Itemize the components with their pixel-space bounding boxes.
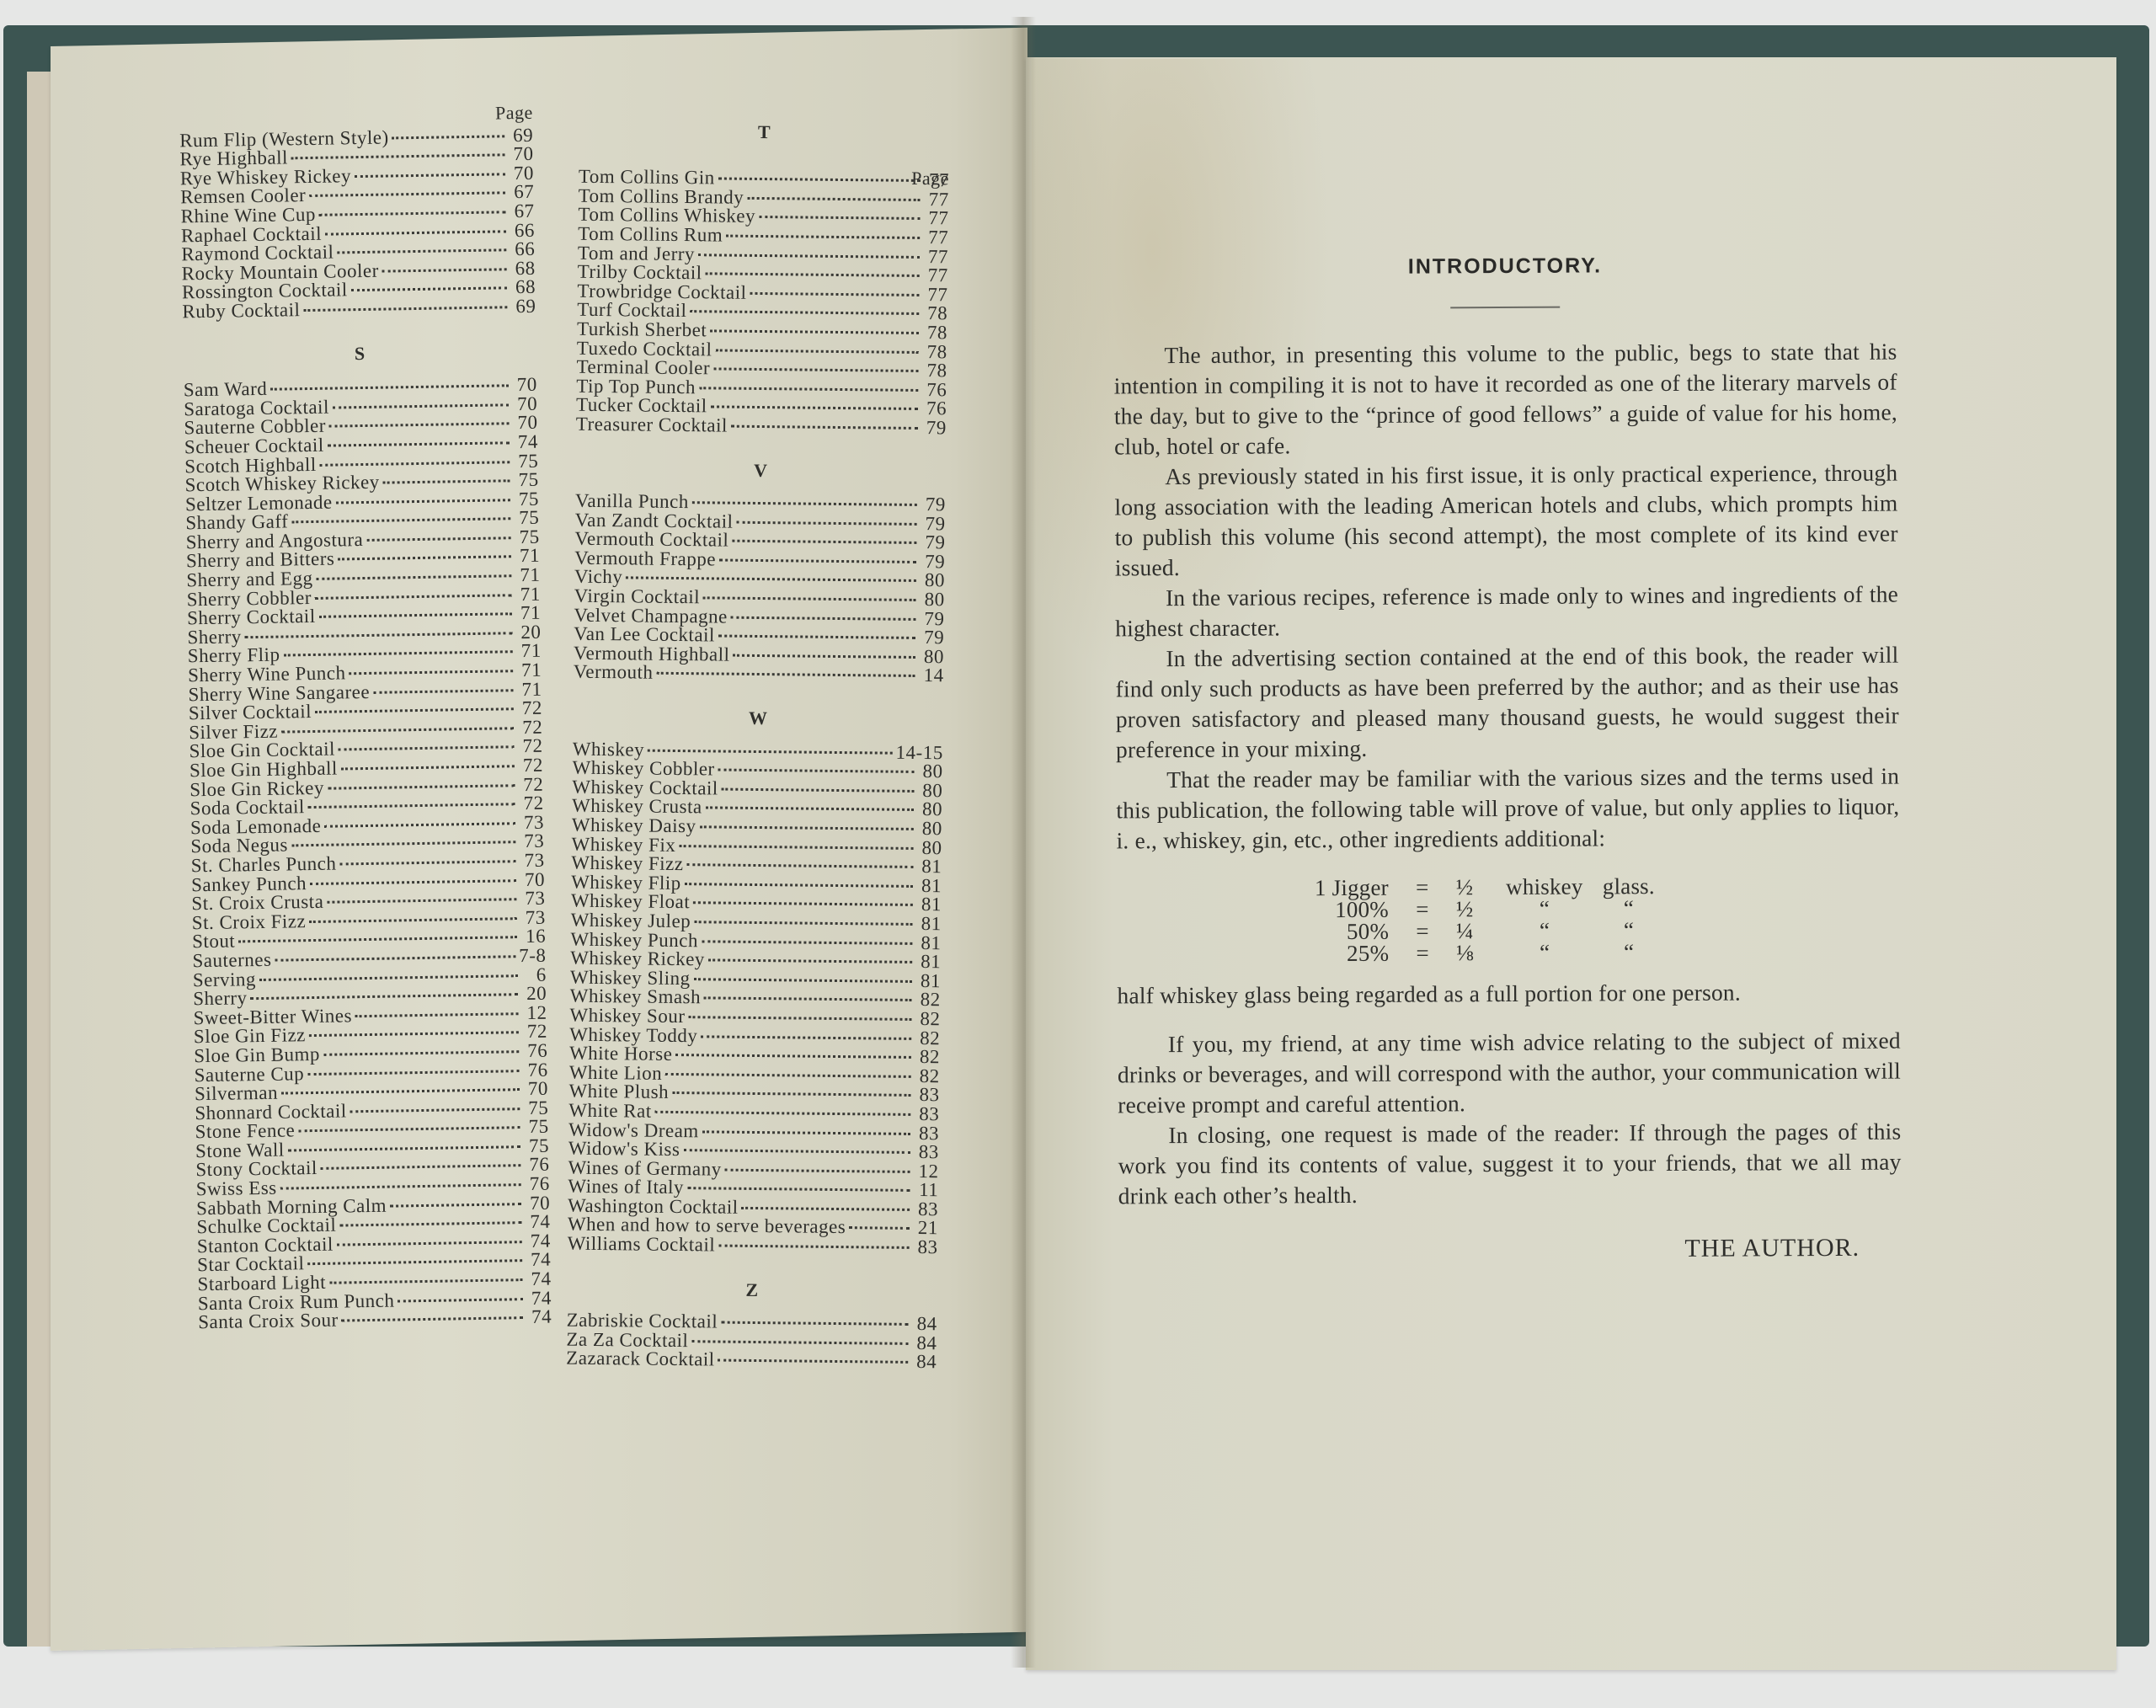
entry-page-number: 81	[915, 953, 941, 972]
entry-page-number: 80	[916, 839, 942, 858]
paragraph-4: In the advertising section contained at …	[1115, 640, 1899, 766]
measure-equals: =	[1389, 876, 1456, 898]
dot-leader	[280, 1183, 521, 1189]
index-column-2-entries: TPageTom Collins Gin77Tom Collins Brandy…	[566, 121, 949, 1373]
entry-name: Treasurer Cocktail	[576, 415, 728, 435]
index-letter-heading: W	[573, 707, 943, 730]
dot-leader	[309, 1032, 519, 1038]
measure-fraction: ½	[1456, 876, 1502, 898]
entry-page-number: 67	[509, 202, 534, 222]
dot-leader	[686, 863, 913, 868]
entry-page-number: 71	[515, 566, 540, 585]
index-column-1-entries: Rum Flip (Western Style)69Rye Highball70…	[179, 125, 552, 1332]
entry-page-number: 77	[924, 190, 949, 210]
measure-fraction: ¼	[1456, 920, 1502, 942]
dot-leader	[693, 902, 913, 907]
dot-leader	[281, 727, 514, 733]
entry-page-number: 81	[916, 915, 942, 934]
entry-page-number: 68	[510, 278, 536, 297]
entry-page-number: 70	[512, 394, 537, 414]
dot-leader	[688, 1016, 911, 1021]
book-gutter	[1011, 17, 1036, 1668]
dot-leader	[245, 632, 513, 638]
dot-leader	[703, 596, 916, 601]
dot-leader	[325, 230, 506, 235]
entry-page-number: 80	[917, 819, 942, 839]
entry-page-number: 70	[520, 870, 545, 889]
dot-leader	[725, 1168, 910, 1172]
dot-leader	[291, 841, 515, 847]
dot-leader	[698, 254, 920, 259]
dot-leader	[711, 406, 919, 411]
dot-leader	[398, 1298, 523, 1302]
dot-leader	[742, 1207, 910, 1211]
entry-page-number: 70	[508, 145, 533, 164]
entry-page-number: 74	[525, 1213, 550, 1232]
dot-leader	[694, 921, 912, 926]
dot-leader	[706, 272, 920, 277]
entry-page-number: 71	[515, 584, 541, 604]
dot-leader	[683, 1149, 910, 1154]
entry-page-number: 20	[521, 985, 547, 1004]
dot-leader	[687, 1187, 910, 1192]
entry-page-number: 12	[521, 1003, 547, 1022]
measure-unit2: “	[1587, 897, 1671, 920]
entry-page-number: 71	[516, 680, 542, 699]
entry-page-number: 77	[923, 228, 948, 248]
entry-page-number: 84	[912, 1315, 937, 1334]
entry-name: St. Croix Fizz	[192, 912, 307, 933]
entry-page-number: 72	[517, 737, 542, 756]
entry-page-number: 81	[915, 972, 941, 991]
dot-leader	[303, 306, 507, 312]
entry-page-number: 84	[911, 1353, 937, 1372]
entry-page-number: 75	[513, 471, 538, 490]
index-letter-heading: V	[575, 459, 946, 482]
dot-leader	[373, 689, 513, 694]
dot-leader	[259, 974, 518, 981]
measures-table: 1 Jigger = ½ whiskey glass. 100% = ½ “ “…	[1309, 874, 1901, 965]
entry-page-number: 74	[513, 433, 538, 452]
dot-leader	[350, 1108, 520, 1113]
entry-page-number: 76	[921, 381, 947, 400]
dot-leader	[736, 520, 916, 525]
dot-leader	[718, 769, 915, 773]
dot-leader	[390, 1203, 521, 1207]
entry-page-number: 80	[920, 571, 945, 590]
entry-page-number: 70	[523, 1080, 548, 1099]
dot-leader	[691, 1340, 908, 1345]
entry-page-number: 70	[525, 1193, 550, 1213]
entry-page-number: 80	[917, 762, 942, 782]
index-entry: Williams Cocktail83	[568, 1235, 938, 1257]
entry-page-number: 7-8	[519, 947, 547, 966]
entry-page-number: 78	[922, 304, 947, 323]
measure-term: 1 Jigger	[1309, 877, 1389, 899]
entry-page-number: 72	[518, 756, 543, 776]
dot-leader	[308, 803, 515, 809]
entry-page-number: 77	[923, 266, 948, 286]
entry-page-number: 66	[510, 240, 535, 259]
entry-page-number: 79	[919, 628, 944, 648]
measure-term: 100%	[1309, 899, 1389, 921]
entry-page-number: 83	[914, 1143, 939, 1162]
dot-leader	[310, 879, 516, 885]
entry-page-number: 72	[517, 718, 542, 738]
entry-page-number: 6	[521, 965, 547, 985]
entry-page-number: 72	[518, 794, 543, 814]
index-entry: Ruby Cocktail69	[182, 297, 536, 322]
entry-page-number: 11	[913, 1181, 938, 1200]
dot-leader	[382, 268, 507, 272]
entry-page-number: 82	[915, 1010, 940, 1029]
dot-leader	[694, 978, 912, 983]
entry-page-number: 76	[524, 1156, 549, 1175]
dot-leader	[704, 997, 912, 1002]
entry-page-number: 75	[514, 528, 539, 547]
dot-leader	[337, 1241, 522, 1246]
entry-page-number: 75	[523, 1118, 548, 1137]
dot-leader	[329, 1278, 523, 1284]
entry-page-number: 73	[520, 889, 545, 909]
measure-equals: =	[1389, 942, 1456, 963]
entry-page-number: 81	[916, 857, 942, 877]
dot-leader	[715, 349, 918, 354]
index-entry: Zazarack Cocktail84	[566, 1349, 937, 1372]
dot-leader	[718, 635, 915, 639]
entry-page-number: 12	[913, 1162, 938, 1182]
paragraph-2: As previously stated in his first issue,…	[1114, 458, 1898, 584]
entry-page-number: 73	[519, 813, 544, 832]
index-letter-heading: T	[579, 121, 949, 144]
measure-fraction: ½	[1456, 898, 1502, 920]
measures-row: 25% = ⅛ “ “	[1309, 940, 1900, 965]
dot-leader	[319, 211, 506, 216]
dot-leader	[699, 825, 913, 830]
entry-page-number: 83	[913, 1238, 938, 1257]
entry-page-number: 79	[921, 515, 946, 534]
measure-unit: “	[1502, 898, 1587, 921]
entry-page-number: 80	[917, 782, 942, 801]
dot-leader	[679, 845, 913, 850]
dot-leader	[731, 425, 918, 430]
dot-leader	[351, 287, 507, 292]
dot-leader	[309, 917, 517, 923]
entry-name: Sherry Cocktail	[187, 607, 316, 628]
entry-page-number: 75	[514, 509, 539, 528]
paragraph-5: That the reader may be familiar with the…	[1116, 761, 1900, 857]
index-entry: Treasurer Cocktail79	[576, 415, 947, 438]
dot-leader	[750, 292, 919, 296]
dot-leader	[337, 248, 506, 254]
entry-page-number: 14-15	[895, 743, 942, 762]
entry-page-number: 81	[916, 877, 942, 896]
dot-leader	[685, 883, 913, 888]
dot-leader	[718, 1245, 909, 1249]
dot-leader	[336, 499, 510, 504]
dot-leader	[341, 765, 515, 770]
dot-leader	[339, 860, 515, 865]
dot-leader	[626, 577, 916, 583]
entry-page-number: 79	[919, 610, 944, 629]
dot-leader	[319, 613, 513, 619]
entry-name: White Rat	[568, 1102, 652, 1122]
dot-leader	[383, 479, 510, 483]
index-column-1: Page Rum Flip (Western Style)69Rye Highb…	[179, 104, 552, 1332]
entry-page-number: 83	[914, 1124, 939, 1143]
dot-leader	[648, 749, 893, 754]
entry-page-number: 74	[526, 1270, 551, 1289]
dot-leader	[692, 501, 917, 506]
measure-equals: =	[1389, 898, 1456, 920]
dot-leader	[699, 387, 918, 392]
entry-page-number: 78	[922, 343, 947, 362]
dot-leader	[281, 1088, 520, 1094]
dot-leader	[849, 1227, 910, 1230]
entry-page-number: 76	[522, 1042, 547, 1061]
entry-page-number: 76	[525, 1175, 550, 1194]
dot-leader	[320, 461, 510, 467]
index-letter-heading: S	[183, 341, 536, 366]
dot-leader	[329, 423, 510, 428]
measures-row: 1 Jigger = ½ whiskey glass.	[1309, 874, 1900, 899]
entry-page-number: 74	[526, 1251, 551, 1270]
dot-leader	[732, 540, 916, 544]
entry-page-number: 77	[922, 286, 947, 305]
entry-page-number: 82	[915, 1067, 940, 1086]
paragraph-3: In the various recipes, reference is mad…	[1115, 579, 1898, 644]
entry-page-number: 82	[915, 1029, 940, 1049]
dot-leader	[333, 403, 509, 408]
entry-page-number: 70	[512, 414, 537, 433]
dot-leader	[288, 1145, 520, 1151]
measure-unit: “	[1502, 942, 1587, 964]
index-column-2: TPageTom Collins Gin77Tom Collins Brandy…	[566, 96, 950, 1373]
index-entry: Vermouth Frappe79	[574, 549, 945, 572]
dot-leader	[283, 651, 512, 657]
entry-page-number: 79	[921, 495, 946, 515]
entry-page-number: 77	[923, 248, 948, 267]
introductory-section: INTRODUCTORY. The author, in presenting …	[1113, 243, 1902, 1268]
author-signature: THE AUTHOR.	[1118, 1233, 1860, 1268]
entry-page-number: 81	[916, 895, 942, 915]
entry-page-number: 70	[512, 376, 537, 395]
entry-page-number: 72	[517, 699, 542, 718]
dot-leader	[747, 197, 921, 201]
dot-leader	[349, 670, 513, 675]
dot-leader	[323, 1050, 519, 1056]
entry-page-number: 76	[522, 1060, 547, 1080]
dot-leader	[392, 135, 505, 139]
entry-page-number: 70	[509, 164, 534, 184]
entry-page-number: 69	[508, 125, 533, 145]
entry-page-number: 75	[513, 451, 538, 471]
measures-row: 50% = ¼ “ “	[1309, 918, 1900, 943]
title-rule-divider	[1450, 307, 1560, 309]
measure-unit2: glass.	[1587, 875, 1671, 898]
entry-page-number: 74	[526, 1289, 552, 1308]
dot-leader	[307, 1260, 522, 1266]
entry-page-number: 67	[509, 183, 534, 202]
dot-leader	[315, 707, 514, 713]
dot-leader	[270, 384, 509, 390]
dot-leader	[291, 154, 505, 160]
entry-page-number: 71	[516, 661, 542, 681]
entry-page-number: 72	[518, 775, 543, 794]
dot-leader	[339, 746, 515, 751]
entry-page-number: 69	[510, 297, 536, 317]
dot-leader	[316, 574, 511, 580]
entry-name: Ruby Cocktail	[182, 301, 300, 322]
page-title: INTRODUCTORY.	[1113, 249, 1897, 284]
dot-leader	[702, 940, 913, 945]
entry-page-number: 21	[913, 1219, 938, 1238]
entry-name: Sauternes	[192, 951, 271, 971]
dot-leader	[655, 1111, 911, 1116]
entry-page-number: 79	[921, 419, 947, 438]
dot-leader	[706, 807, 914, 812]
paragraph-7: In closing, one request is made of the r…	[1118, 1117, 1902, 1212]
dot-leader	[690, 310, 919, 315]
entry-page-number: 77	[923, 209, 948, 228]
after-table-text: half whiskey glass being regarded as a f…	[1117, 977, 1900, 1011]
dot-leader	[731, 616, 916, 620]
dot-leader	[366, 536, 510, 542]
entry-page-number: 83	[914, 1105, 939, 1124]
dot-leader	[675, 1054, 911, 1059]
dot-leader	[355, 1012, 519, 1017]
entry-page-number: 73	[519, 832, 544, 851]
entry-name: Vermouth	[574, 663, 654, 683]
dot-leader	[672, 1092, 910, 1097]
entry-page-number: 78	[922, 323, 947, 343]
measure-unit: “	[1502, 920, 1587, 942]
entry-name: Zazarack Cocktail	[566, 1349, 715, 1369]
entry-page-number: 84	[911, 1334, 937, 1353]
dot-leader	[338, 556, 511, 561]
dot-leader	[315, 594, 512, 600]
dot-leader	[275, 955, 515, 961]
dot-leader	[718, 1359, 909, 1364]
entry-page-number: 74	[526, 1308, 552, 1327]
dot-leader	[328, 784, 515, 789]
paragraph-1: The author, in presenting this volume to…	[1113, 337, 1897, 462]
entry-page-number: 83	[914, 1086, 939, 1105]
dot-leader	[665, 1073, 911, 1078]
entry-page-number: 75	[523, 1098, 548, 1118]
entry-page-number: 16	[520, 927, 546, 947]
dot-leader	[733, 654, 915, 659]
index-letter-heading: Z	[567, 1278, 937, 1301]
entry-page-number: 77	[924, 171, 949, 190]
dot-leader	[342, 1316, 524, 1321]
dot-leader	[713, 368, 918, 373]
entry-page-number: 80	[917, 800, 942, 819]
dot-leader	[298, 1126, 520, 1132]
entry-page-number: 80	[920, 590, 945, 610]
dot-leader	[339, 1221, 521, 1226]
paragraph-6: If you, my friend, at any time wish advi…	[1118, 1026, 1902, 1121]
entry-page-number: 79	[920, 552, 945, 572]
entry-name: Williams Cocktail	[568, 1235, 716, 1255]
measure-fraction: ⅛	[1456, 942, 1502, 963]
dot-leader	[722, 787, 915, 792]
entry-page-number: 75	[514, 489, 539, 509]
entry-page-number: 14	[919, 666, 944, 686]
dot-leader	[321, 1165, 521, 1171]
entry-page-number: 20	[515, 623, 541, 643]
dot-leader	[328, 441, 510, 446]
dot-leader	[251, 993, 519, 1000]
dot-leader	[324, 822, 515, 828]
entry-page-number: 66	[510, 221, 535, 240]
dot-leader	[238, 937, 517, 943]
dot-leader	[726, 235, 920, 239]
measure-unit2: “	[1587, 919, 1671, 942]
dot-leader	[759, 216, 920, 220]
entry-page-number: 72	[522, 1022, 547, 1042]
dot-leader	[718, 178, 921, 183]
entry-name: Santa Croix Sour	[198, 1311, 339, 1332]
entry-page-number: 78	[921, 361, 947, 381]
entry-page-number: 74	[526, 1231, 551, 1251]
entry-page-number: 71	[515, 547, 540, 566]
dot-leader	[721, 1321, 908, 1326]
dot-leader	[710, 329, 919, 334]
dot-leader	[656, 672, 915, 677]
dot-leader	[327, 898, 516, 904]
dot-leader	[355, 173, 505, 178]
measure-term: 50%	[1309, 921, 1389, 942]
entry-page-number: 82	[915, 1048, 940, 1067]
measure-term: 25%	[1309, 942, 1389, 964]
entry-page-number: 71	[516, 642, 542, 661]
entry-page-number: 76	[921, 399, 947, 419]
dot-leader	[702, 1130, 910, 1135]
entry-page-number: 81	[915, 934, 941, 953]
index-entry: Vermouth14	[574, 663, 944, 686]
measure-equals: =	[1389, 920, 1456, 942]
measure-unit2: “	[1587, 941, 1671, 963]
entry-page-number: 82	[915, 990, 941, 1010]
dot-leader	[307, 1070, 519, 1076]
dot-leader	[701, 1035, 911, 1040]
entry-page-number: 71	[515, 604, 541, 623]
entry-page-number: 73	[520, 908, 546, 927]
entry-page-number: 80	[919, 648, 944, 667]
dot-leader	[291, 518, 510, 524]
dot-leader	[309, 192, 505, 198]
entry-page-number: 83	[913, 1200, 938, 1220]
entry-page-number: 79	[920, 533, 945, 552]
entry-page-number: 73	[520, 851, 545, 871]
entry-page-number: 75	[524, 1137, 549, 1156]
dot-leader	[719, 558, 916, 563]
dot-leader	[708, 959, 912, 964]
measure-unit: whiskey	[1502, 876, 1587, 899]
measures-row: 100% = ½ “ “	[1309, 896, 1900, 921]
entry-page-number: 68	[510, 259, 535, 279]
